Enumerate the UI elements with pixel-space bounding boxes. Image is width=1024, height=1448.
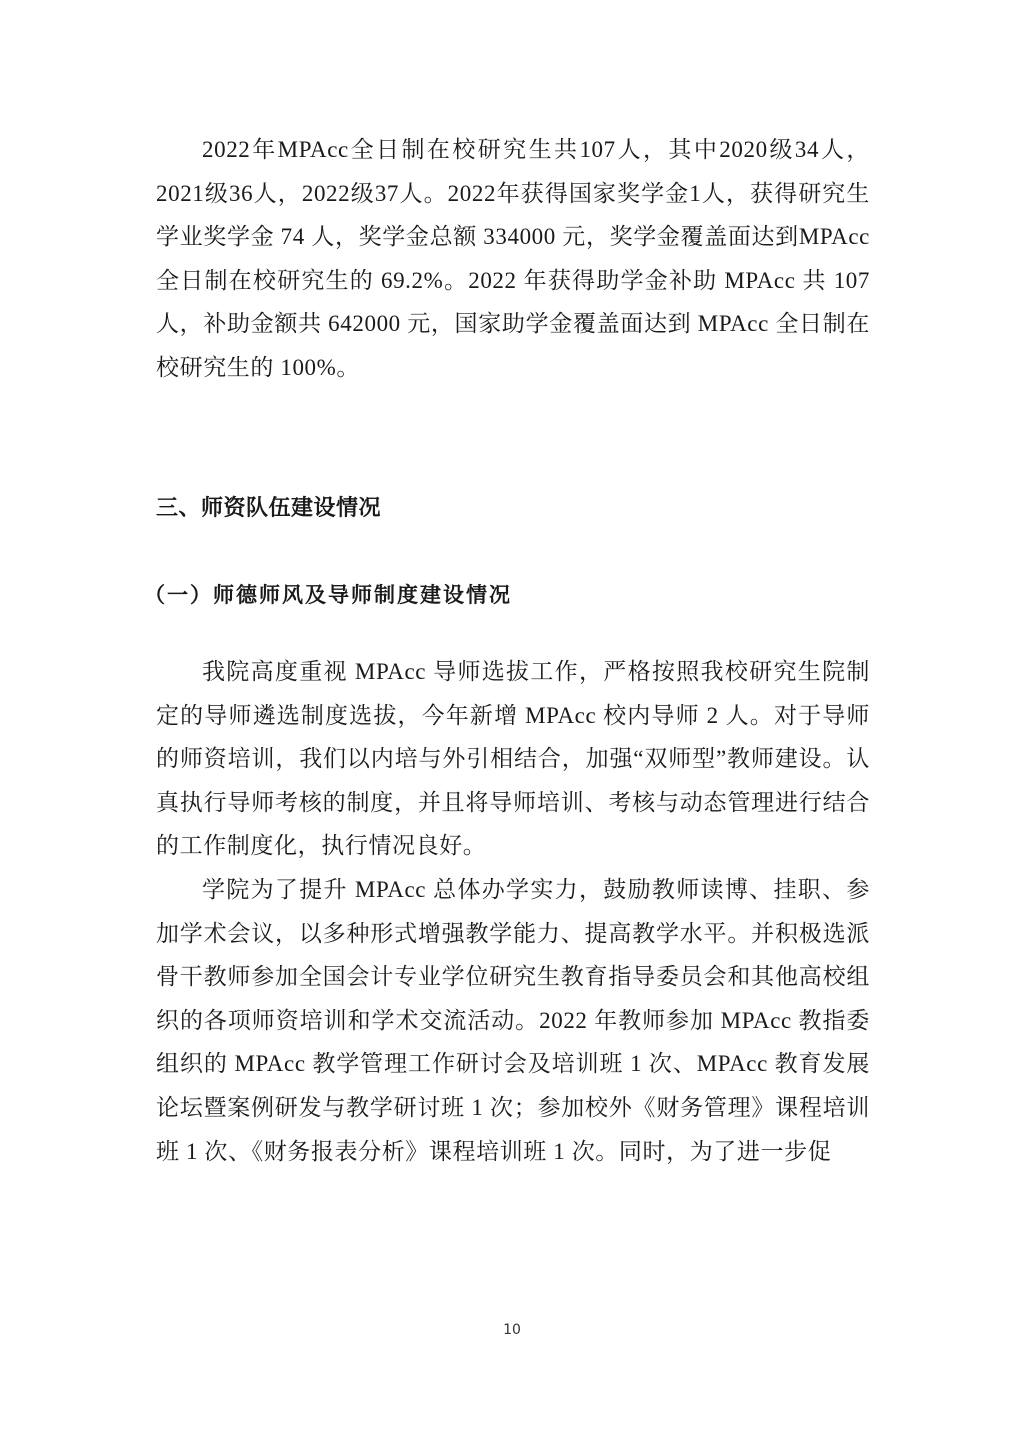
paragraph-text: 我院高度重视 MPAcc 导师选拔工作，严格按照我校研究生院制定的导师遴选制度选…	[156, 650, 870, 868]
page-number: 10	[0, 1322, 1024, 1338]
faculty-training-paragraph: 学院为了提升 MPAcc 总体办学实力，鼓励教师读博、挂职、参加学术会议，以多种…	[156, 868, 870, 1173]
subsection-heading: （一）师德师风及导师制度建设情况	[144, 580, 512, 610]
section-heading: 三、师资队伍建设情况	[156, 494, 381, 524]
enrollment-scholarship-paragraph: 2022年MPAcc全日制在校研究生共107人，其中2020级34人，2021级…	[156, 128, 870, 390]
document-page: 2022年MPAcc全日制在校研究生共107人，其中2020级34人，2021级…	[0, 0, 1024, 1448]
paragraph-text: 2022年MPAcc全日制在校研究生共107人，其中2020级34人，2021级…	[156, 128, 870, 390]
tutor-selection-paragraph: 我院高度重视 MPAcc 导师选拔工作，严格按照我校研究生院制定的导师遴选制度选…	[156, 650, 870, 868]
paragraph-text: 学院为了提升 MPAcc 总体办学实力，鼓励教师读博、挂职、参加学术会议，以多种…	[156, 868, 870, 1173]
